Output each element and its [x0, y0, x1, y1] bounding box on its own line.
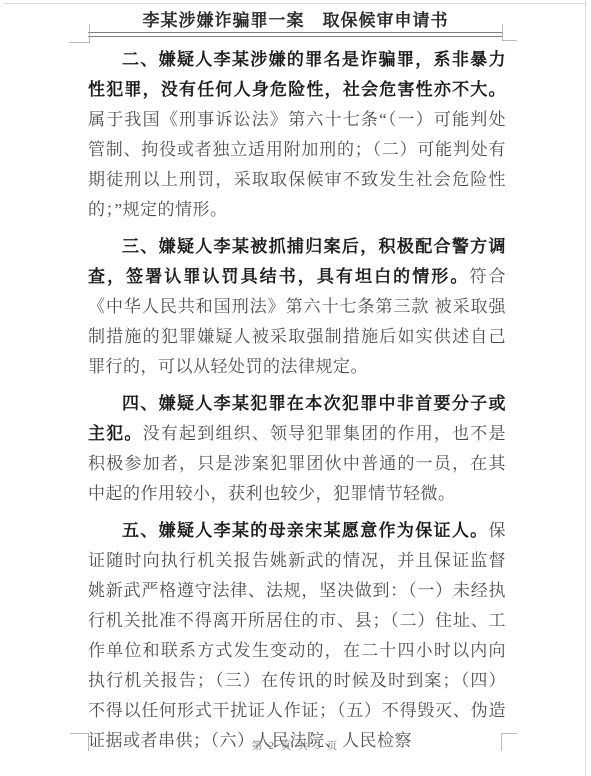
paragraph-2-regular-text: 属于我国《刑事诉讼法》第六十七条“（一）可能判处管制、拘役或者独立适用附加刑的；… [88, 110, 506, 219]
page-top-edge-line [3, 3, 587, 4]
paragraph-4: 四、嫌疑人李某犯罪在本次犯罪中非首要分子或主犯。没有起到组织、领导犯罪集团的作用… [88, 389, 506, 509]
page-right-edge-line [585, 0, 586, 776]
header-double-rule [88, 32, 502, 37]
text-boundary-mark-top-left [69, 24, 90, 43]
paragraph-3-bold-text: 三、嫌疑人李某被抓捕归案后，积极配合警方调查，签署认罪认罚具结书，具有坦白的情形… [88, 237, 506, 286]
paragraph-2-bold-text: 二、嫌疑人李某涉嫌的罪名是诈骗罪，系非暴力性犯罪，没有任何人身危险性，社会危害性… [88, 50, 506, 99]
paragraph-4-regular-text: 没有起到组织、领导犯罪集团的作用，也不是积极参加者，只是涉案犯罪团伙中普通的一员… [88, 424, 506, 503]
paragraph-5-bold-text: 五、嫌疑人李某的母亲宋某愿意作为保证人。 [122, 521, 489, 540]
paragraph-3: 三、嫌疑人李某被抓捕归案后，积极配合警方调查，签署认罪认罚具结书，具有坦白的情形… [88, 232, 506, 382]
paragraph-5: 五、嫌疑人李某的母亲宋某愿意作为保证人。保证随时向执行机关报告姚新武的情况，并且… [88, 516, 506, 756]
text-boundary-mark-top-right [502, 24, 517, 41]
paragraph-5-regular-text: 保证随时向执行机关报告姚新武的情况，并且保证监督姚新武严格遵守法律、法规，坚决做… [88, 521, 506, 750]
document-page: 李某涉嫌诈骗罪一案 取保候审申请书 二、嫌疑人李某涉嫌的罪名是诈骗罪，系非暴力性… [0, 0, 591, 776]
page-number-footer: 第 2 页 共 3 页 [0, 738, 591, 753]
document-body: 二、嫌疑人李某涉嫌的罪名是诈骗罪，系非暴力性犯罪，没有任何人身危险性，社会危害性… [88, 45, 506, 763]
paragraph-2: 二、嫌疑人李某涉嫌的罪名是诈骗罪，系非暴力性犯罪，没有任何人身危险性，社会危害性… [88, 45, 506, 225]
